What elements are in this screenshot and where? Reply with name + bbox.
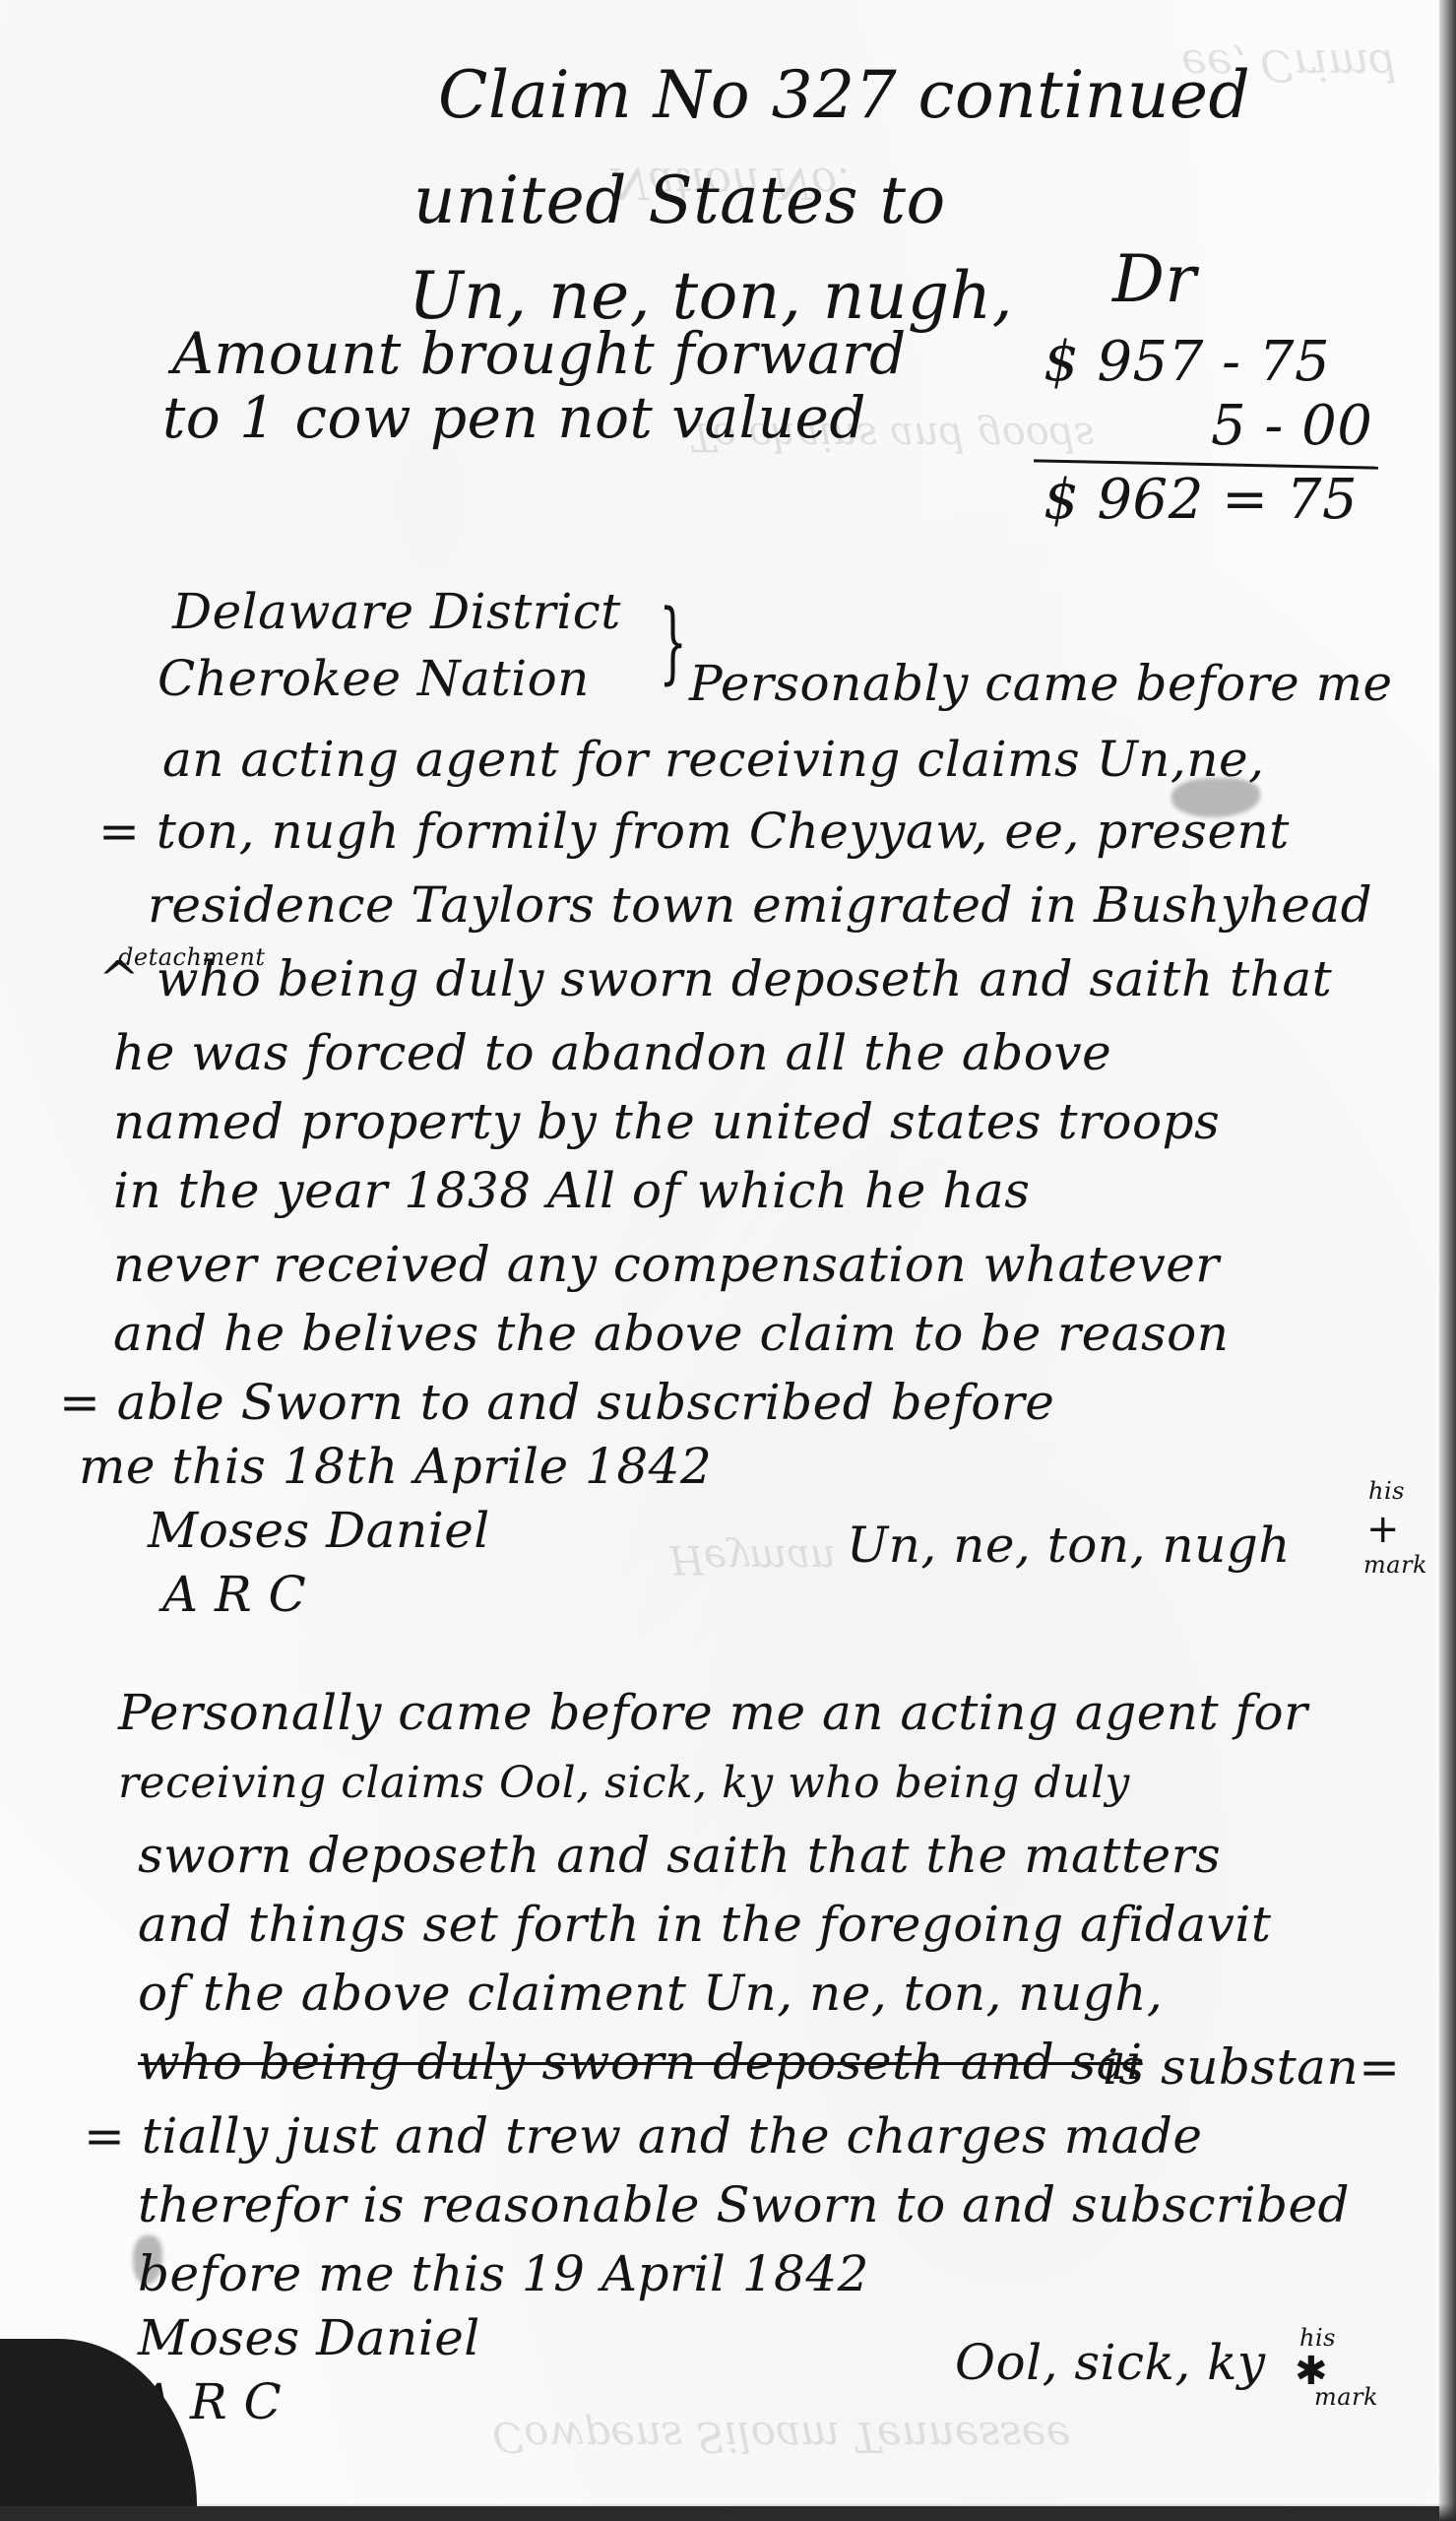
affidavit2-line: therefor is reasonable Sworn to and subs… xyxy=(138,2176,1350,2233)
mark-cross-icon: + xyxy=(1366,1507,1400,1552)
venue-nation: Cherokee Nation xyxy=(158,650,590,707)
affidavit1-line: me this 18th Aprile 1842 xyxy=(79,1438,712,1495)
bleed-through-text: Cowpens Siloam Tennessee xyxy=(492,2413,1071,2461)
affidavit1-line: named property by the united states troo… xyxy=(113,1093,1220,1150)
ledger-row-amount: $ 957 - 75 xyxy=(1044,330,1330,394)
ledger-total: $ 962 = 75 xyxy=(1044,468,1358,532)
claimant-signature: Un, ne, ton, nugh xyxy=(847,1517,1291,1574)
claim-title: Claim No 327 continued xyxy=(438,57,1250,133)
ledger-row-description: to 1 cow pen not valued xyxy=(162,384,866,451)
affidavit1-line: he was forced to abandon all the above xyxy=(113,1024,1111,1081)
agent-signature: Moses Daniel xyxy=(138,2309,480,2366)
affidavit2-line: sworn deposeth and saith that the matter… xyxy=(138,1827,1221,1884)
ledger-row-amount: 5 - 00 xyxy=(1211,394,1372,458)
mark-his-label: his xyxy=(1368,1477,1405,1505)
mark-his-label: his xyxy=(1299,2324,1336,2352)
document-page: ee, Crimd Nation No. To chains and goods… xyxy=(0,0,1439,2506)
struck-out-text: who being duly sworn deposeth and sai xyxy=(138,2034,1143,2091)
affidavit2-line: is substan= xyxy=(1103,2038,1401,2096)
affidavit1-line: = able Sworn to and subscribed before xyxy=(59,1374,1054,1431)
affidavit2-line: before me this 19 April 1842 xyxy=(138,2245,869,2302)
bleed-through-text: Heyman xyxy=(669,1536,836,1582)
affidavit2-line: of the above claiment Un, ne, ton, nugh, xyxy=(138,1965,1163,2022)
page-bottom-shadow xyxy=(0,2503,1456,2521)
affidavit2-line: Personally came before me an acting agen… xyxy=(118,1684,1308,1741)
mark-label: mark xyxy=(1363,1551,1427,1579)
affidavit1-line: in the year 1838 All of which he has xyxy=(113,1162,1030,1219)
affidavit2-line: = tially just and trew and the charges m… xyxy=(84,2107,1202,2165)
affidavit2-line: and things set forth in the foregoing af… xyxy=(138,1896,1272,1953)
affidavit1-line: = ton, nugh formily from Cheyyaw, ee, pr… xyxy=(98,803,1290,860)
ledger-row-description: Amount brought forward xyxy=(172,320,907,387)
agent-signature: Moses Daniel xyxy=(148,1502,490,1559)
venue-district: Delaware District xyxy=(172,583,621,640)
affidavit1-line: ^ who being duly sworn deposeth and sait… xyxy=(98,950,1332,1007)
affidavit1-line: residence Taylors town emigrated in Bush… xyxy=(148,876,1372,934)
witness-signature: Ool, sick, ky xyxy=(955,2334,1266,2391)
affidavit1-line: Personably came before me xyxy=(689,655,1393,712)
agent-title: A R C xyxy=(162,1566,306,1623)
page-edge xyxy=(1439,0,1456,2521)
mark-label: mark xyxy=(1314,2383,1378,2411)
affidavit1-line: never received any compensation whatever xyxy=(113,1236,1220,1293)
affidavit1-line: and he belives the above claim to be rea… xyxy=(113,1305,1229,1362)
debit-label: Dr xyxy=(1112,241,1196,317)
affidavit1-line: an acting agent for receiving claims Un,… xyxy=(162,731,1265,788)
claim-party-line: united States to xyxy=(413,162,946,238)
affidavit2-line: receiving claims Ool, sick, ky who being… xyxy=(118,1758,1130,1808)
venue-brace: } xyxy=(659,591,687,694)
